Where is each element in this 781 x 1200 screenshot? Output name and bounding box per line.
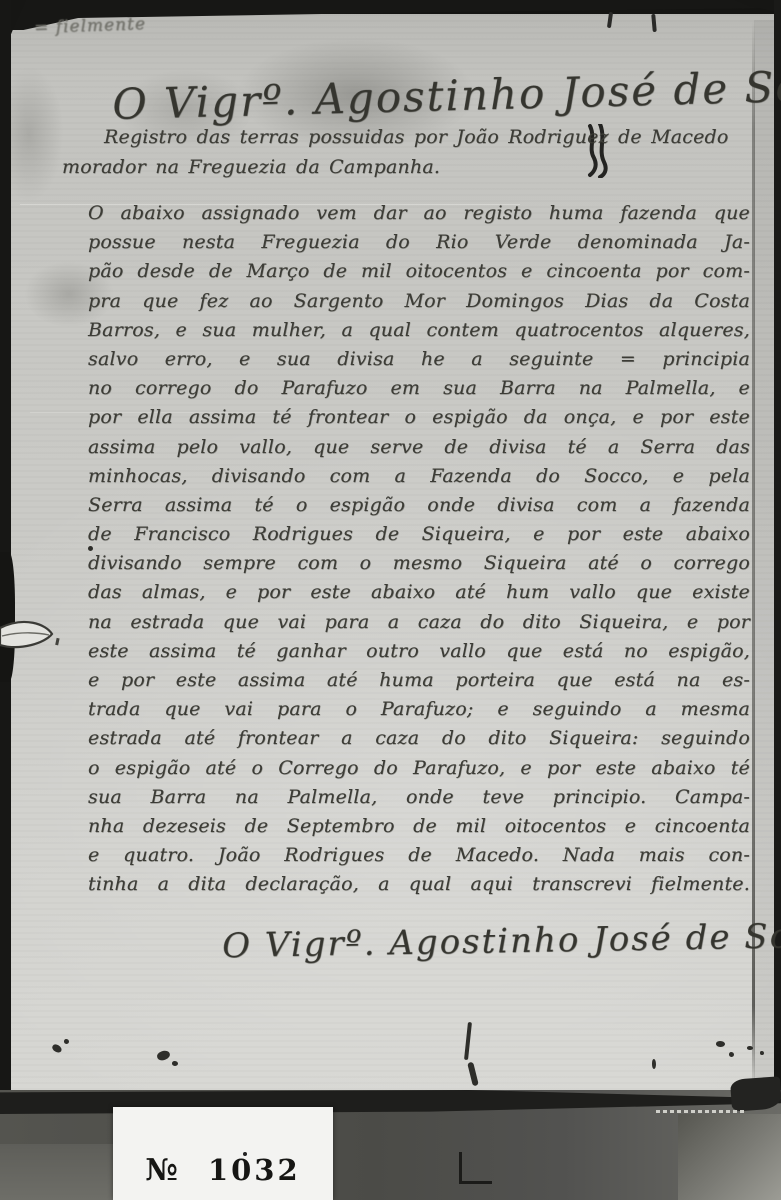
scan-corner-bottom-right (730, 1076, 781, 1111)
ink-speck (729, 1052, 734, 1057)
ink-speck (747, 1046, 753, 1050)
vicar-signature-bottom: O Vigrº. Agostinho José de Souza e Silvª (221, 891, 781, 971)
edge-highlight-dots (656, 1110, 744, 1113)
manuscript-line: no corrego do Parafuzo em sua Barra na P… (88, 377, 750, 406)
manuscript-line: estrada até frontear a caza do dito Siqu… (88, 727, 750, 756)
vicar-signature-bottom-text: O Vigrº. Agostinho José de Souza e Silvª (222, 913, 781, 967)
manuscript-line: pão desde de Março de mil oitocentos e c… (88, 260, 750, 289)
manuscript-line: pra que fez ao Sargento Mor Domingos Dia… (88, 290, 750, 319)
archival-number: 1032 (208, 1153, 301, 1200)
manuscript-line: O abaixo assignado vem dar ao registo hu… (88, 202, 750, 231)
ink-speck (760, 1051, 764, 1055)
manuscript-line: Serra assima té o espigão onde divisa co… (88, 494, 750, 523)
manuscript-line: na estrada que vai para a caza do dito S… (88, 611, 750, 640)
scan-edge-right (774, 0, 781, 1040)
ink-speck (64, 1039, 69, 1044)
manuscript-body: O abaixo assignado vem dar ao registo hu… (88, 202, 750, 903)
manuscript-line: nha dezeseis de Septembro de mil oitocen… (88, 815, 750, 844)
manuscript-line: possue nesta Freguezia do Rio Verde deno… (88, 231, 750, 260)
manuscript-line: e por este assima até huma porteira que … (88, 669, 750, 698)
manuscript-line: assima pelo vallo, que serve de divisa t… (88, 436, 750, 465)
numero-sign: № (145, 1153, 178, 1200)
manuscript-line: por ella assima té frontear o espigão da… (88, 406, 750, 435)
corner-l-mark (459, 1181, 492, 1184)
label-ink-dot (243, 1152, 247, 1156)
paperclip-object (0, 612, 60, 668)
marginalia-note: = fielmente (34, 14, 147, 38)
scanned-manuscript-page: = fielmente O Vigrº. Agostinho José de S… (0, 0, 781, 1200)
manuscript-line: minhocas, divisando com a Fazenda do Soc… (88, 465, 750, 494)
ink-speck (652, 1059, 656, 1069)
registry-heading-line-1: Registro das terras possuidas por João R… (104, 126, 752, 148)
manuscript-line: salvo erro, e sua divisa he a seguinte =… (88, 348, 750, 377)
manuscript-line: divisando sempre com o mesmo Siqueira at… (88, 552, 750, 581)
manuscript-line: e quatro. João Rodrigues de Macedo. Nada… (88, 844, 750, 873)
registry-heading-line-2: morador na Freguezia da Campanha. (62, 156, 482, 178)
manuscript-line: sua Barra na Palmella, onde teve princip… (88, 786, 750, 815)
shadow-right-band (678, 1114, 781, 1200)
corner-l-mark (459, 1152, 462, 1183)
manuscript-line: o espigão até o Corrego do Parafuzo, e p… (88, 757, 750, 786)
manuscript-line: trada que vai para o Parafuzo; e seguind… (88, 698, 750, 727)
ink-speck (172, 1061, 178, 1066)
ink-speck (716, 1041, 725, 1047)
manuscript-line: de Francisco Rodrigues de Siqueira, e po… (88, 523, 750, 552)
manuscript-line: este assima té ganhar outro vallo que es… (88, 640, 750, 669)
archival-number-label: № 1032 (113, 1107, 333, 1200)
manuscript-line: das almas, e por este abaixo até hum val… (88, 581, 750, 610)
manuscript-line: Barros, e sua mulher, a qual contem quat… (88, 319, 750, 348)
vicar-signature-top-text: O Vigrº. Agostinho José de Souza e Silvª (112, 55, 781, 129)
